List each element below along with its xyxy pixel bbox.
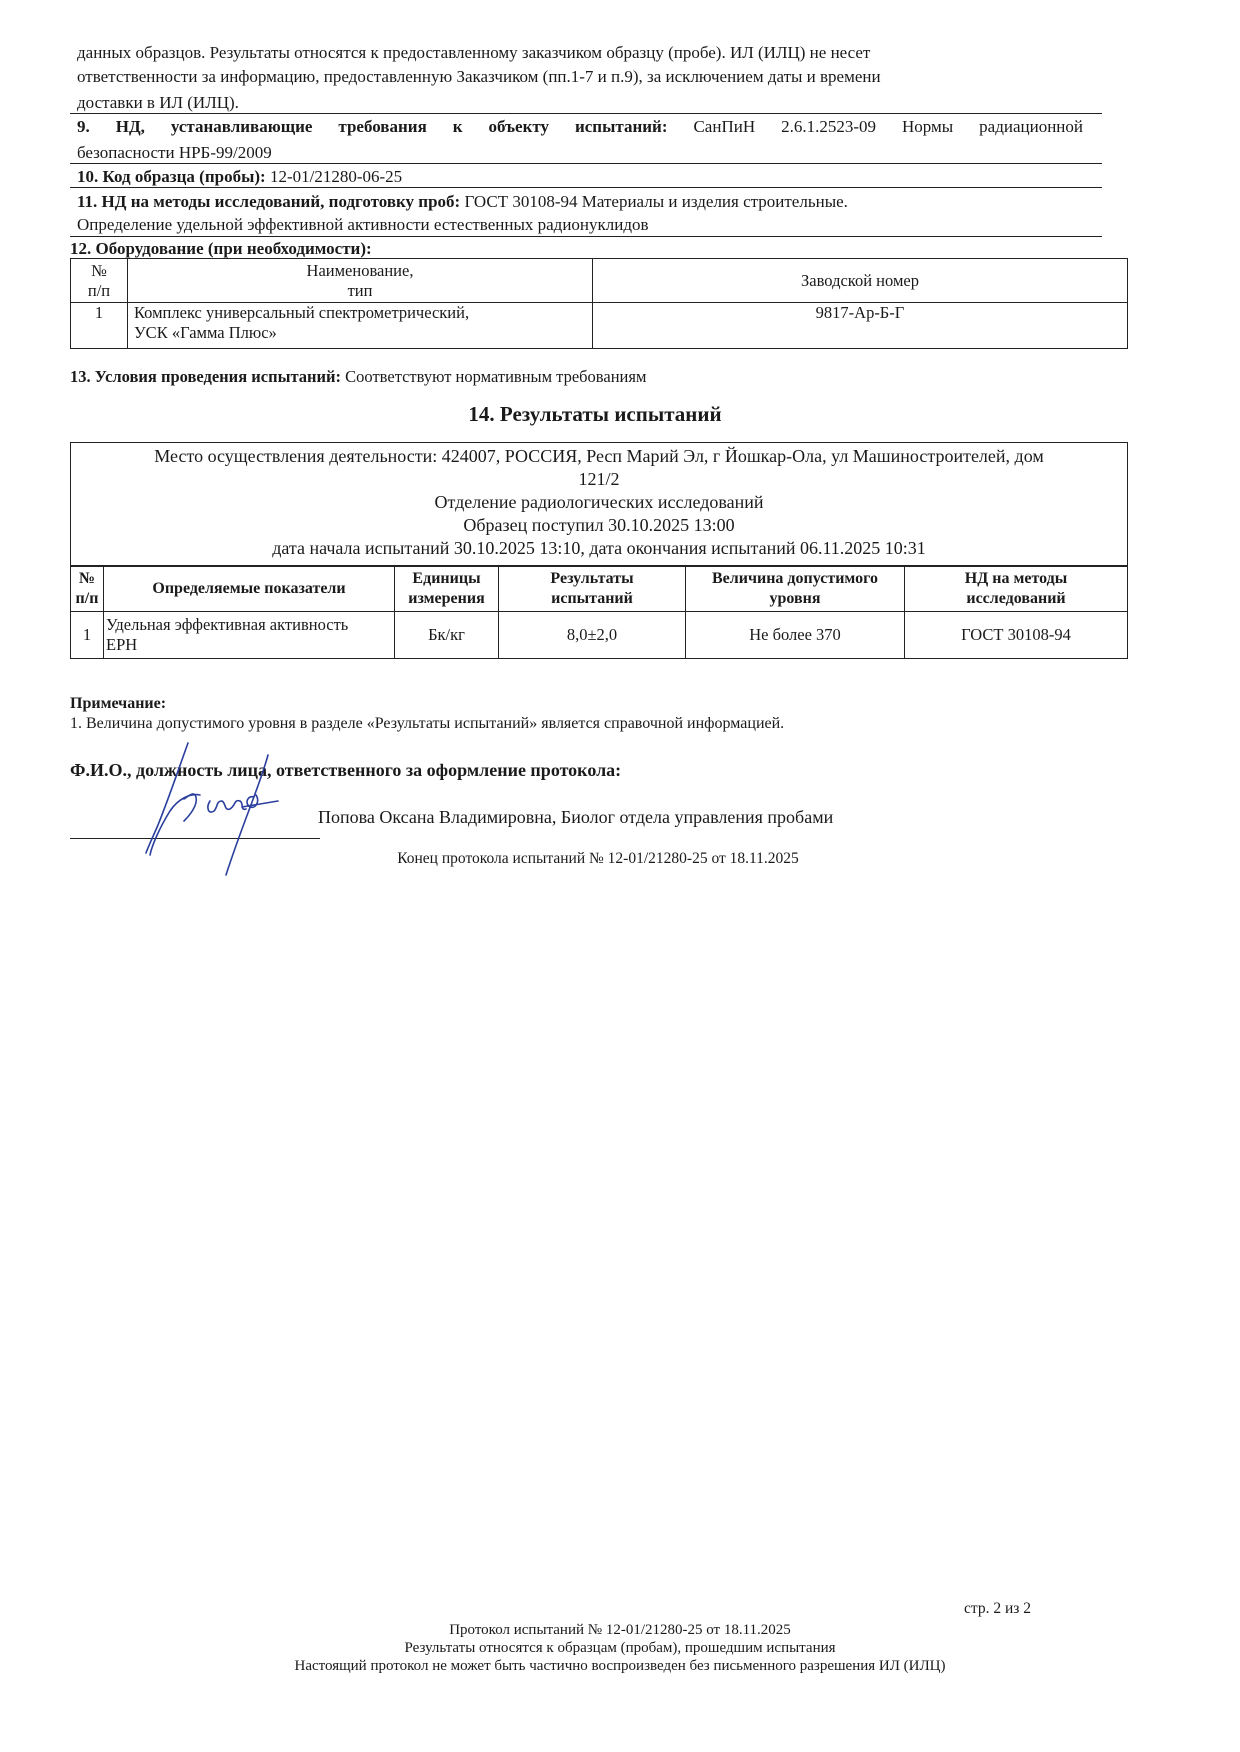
header-serial: Заводской номер [593,259,1128,303]
header-units-line-1: Единицы [399,569,494,589]
header-limit-line-1: Величина допустимого [690,569,900,589]
row-num: 1 [71,612,104,659]
row-units: Бк/кг [395,612,499,659]
footer-line-3: Настоящий протокол не может быть частичн… [0,1657,1240,1675]
sample-received: Образец поступил 30.10.2025 13:00 [71,514,1127,537]
header-num: № п/п [71,567,104,612]
activity-place-line-2: 121/2 [71,468,1127,491]
section-11-value: ГОСТ 30108-94 Материалы и изделия строит… [464,192,847,211]
section-11-label: 11. НД на методы исследований, подготовк… [77,192,460,211]
indicator-line-2: ЕРН [106,635,390,655]
document-page: данных образцов. Результаты относятся к … [0,0,1240,1752]
row-result: 8,0±2,0 [499,612,686,659]
section-14-title: 14. Результаты испытаний [0,401,1190,427]
header-num-line-1: № [75,569,99,589]
section-10-label: 10. Код образца (пробы): [77,167,266,186]
results-table: № п/п Определяемые показатели Единицы из… [70,566,1128,659]
header-result: Результаты испытаний [499,567,686,612]
divider [70,187,1102,188]
section-9-line-1: 9. НД, устанавливающие требования к объе… [77,116,1083,138]
section-9-label: 9. НД, устанавливающие требования к объе… [77,117,667,136]
row-method: ГОСТ 30108-94 [905,612,1128,659]
header-method-line-2: исследований [909,589,1123,609]
header-units-line-2: измерения [399,589,494,609]
header-result-line-1: Результаты [503,569,681,589]
equipment-table-header: № п/п Наименование, тип Заводской номер [71,259,1128,303]
table-row: 1 Удельная эффективная активность ЕРН Бк… [71,612,1128,659]
footer-line-1: Протокол испытаний № 12-01/21280-25 от 1… [0,1621,1240,1639]
section-13: 13. Условия проведения испытаний: Соотве… [70,366,646,388]
responsible-person: Попова Оксана Владимировна, Биолог отдел… [318,806,833,828]
test-dates: дата начала испытаний 30.10.2025 13:10, … [71,537,1127,560]
intro-line-3: доставки в ИЛ (ИЛЦ). [77,92,239,114]
equipment-table: № п/п Наименование, тип Заводской номер … [70,258,1128,349]
header-method: НД на методы исследований [905,567,1128,612]
header-name-line-1: Наименование, [132,261,588,281]
header-method-line-1: НД на методы [909,569,1123,589]
header-units: Единицы измерения [395,567,499,612]
note-text: 1. Величина допустимого уровня в разделе… [70,713,784,735]
header-num-line-1: № [75,261,123,281]
indicator-line-1: Удельная эффективная активность [106,615,390,635]
section-10: 10. Код образца (пробы): 12-01/21280-06-… [77,166,402,188]
end-of-protocol: Конец протокола испытаний № 12-01/21280-… [0,848,1196,870]
row-serial: 9817-Ар-Б-Г [593,303,1128,349]
intro-line-1: данных образцов. Результаты относятся к … [77,42,870,64]
equipment-name-line-2: УСК «Гамма Плюс» [134,323,588,343]
section-13-label: 13. Условия проведения испытаний: [70,367,341,386]
header-num-line-2: п/п [75,589,99,609]
page-number: стр. 2 из 2 [964,1598,1031,1620]
results-info-box: Место осуществления деятельности: 424007… [70,442,1128,566]
section-13-value: Соответствуют нормативным требованиям [345,367,646,386]
activity-place-line-1: Место осуществления деятельности: 424007… [71,445,1127,468]
section-12-label: 12. Оборудование (при необходимости): [70,238,372,260]
row-indicator: Удельная эффективная активность ЕРН [104,612,395,659]
department: Отделение радиологических исследований [71,491,1127,514]
section-11-line-1: 11. НД на методы исследований, подготовк… [77,191,848,213]
row-limit: Не более 370 [686,612,905,659]
footer-line-2: Результаты относятся к образцам (пробам)… [0,1639,1240,1657]
equipment-name-line-1: Комплекс универсальный спектрометрически… [134,303,588,323]
results-table-header: № п/п Определяемые показатели Единицы из… [71,567,1128,612]
section-11-line-2: Определение удельной эффективной активно… [77,214,649,236]
header-indicator: Определяемые показатели [104,567,395,612]
intro-line-2: ответственности за информацию, предостав… [77,66,881,88]
section-9-line-2: безопасности НРБ-99/2009 [77,142,272,164]
header-num: № п/п [71,259,128,303]
header-limit-line-2: уровня [690,589,900,609]
section-9-value: СанПиН 2.6.1.2523-09 Нормы радиационной [693,117,1083,136]
divider [70,163,1102,164]
header-result-line-2: испытаний [503,589,681,609]
header-name-line-2: тип [132,281,588,301]
sample-code: 12-01/21280-06-25 [270,167,402,186]
divider [70,113,1102,114]
table-row: 1 Комплекс универсальный спектрометричес… [71,303,1128,349]
note-title: Примечание: [70,693,166,715]
divider [70,236,1102,237]
header-name: Наименование, тип [128,259,593,303]
row-equipment-name: Комплекс универсальный спектрометрически… [128,303,593,349]
row-num: 1 [71,303,128,349]
header-limit: Величина допустимого уровня [686,567,905,612]
header-num-line-2: п/п [75,281,123,301]
